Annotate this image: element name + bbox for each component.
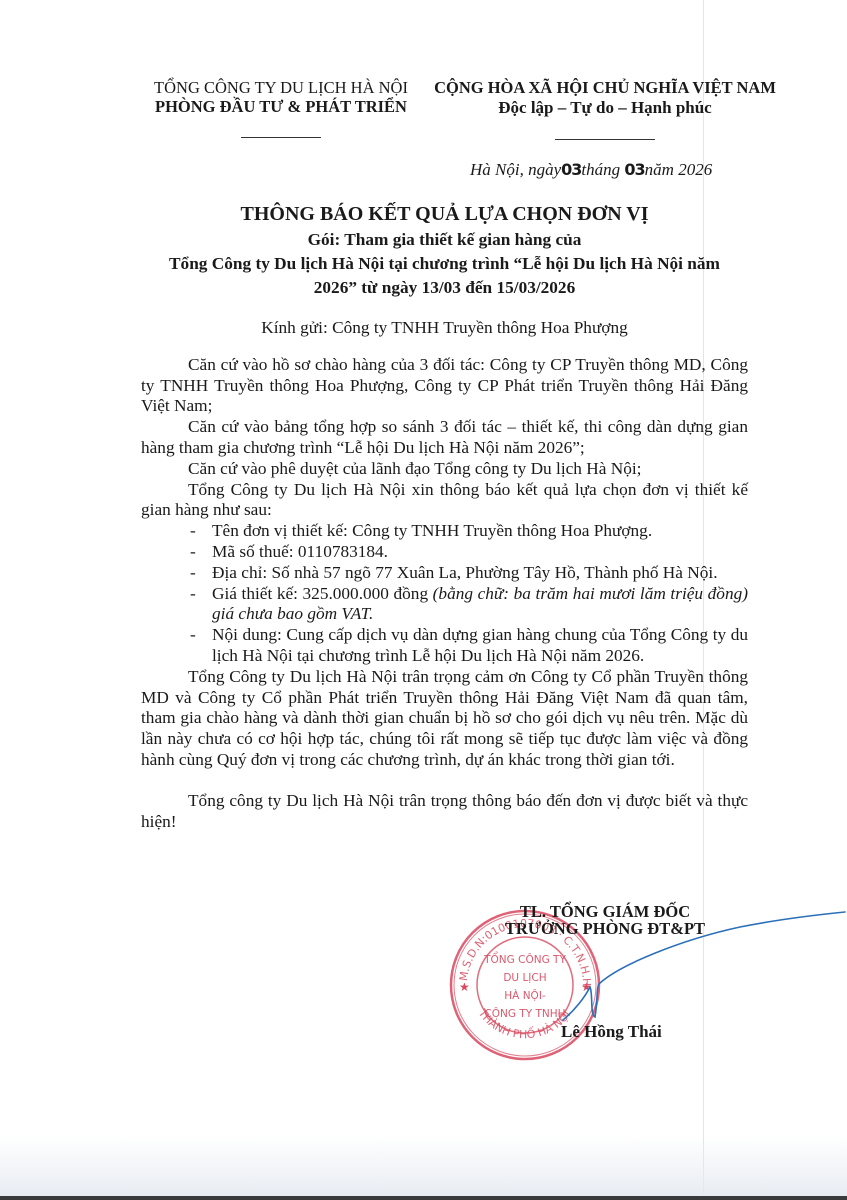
issuer-dept: PHÒNG ĐẦU TƯ & PHÁT TRIỂN: [146, 97, 416, 116]
list-item: -Nội dung: Cung cấp dịch vụ dàn dựng gia…: [141, 625, 748, 667]
bullet-dash: -: [190, 563, 196, 584]
divider: [241, 137, 321, 138]
title-package: Gói: Tham gia thiết kế gian hàng của: [141, 228, 748, 252]
bullet-dash: -: [190, 584, 196, 605]
handwritten-signature-icon: [560, 905, 847, 1025]
divider: [555, 139, 655, 140]
document-page: TỔNG CÔNG TY DU LỊCH HÀ NỘI PHÒNG ĐẦU TƯ…: [0, 0, 847, 1200]
scan-shadow: [0, 1136, 847, 1196]
title-program: Tổng Công ty Du lịch Hà Nội tại chương t…: [141, 252, 748, 276]
issue-date: Hà Nội, ngày03tháng 03năm 2026: [470, 160, 712, 180]
svg-text:TỔNG CÔNG TY: TỔNG CÔNG TY: [483, 951, 566, 966]
list-item: -Địa chỉ: Số nhà 57 ngõ 77 Xuân La, Phườ…: [141, 563, 748, 584]
paragraph: Căn cứ vào bảng tổng hợp so sánh 3 đối t…: [141, 417, 748, 459]
paragraph: Tổng công ty Du lịch Hà Nội trân trọng t…: [141, 791, 748, 833]
issuer-header: TỔNG CÔNG TY DU LỊCH HÀ NỘI PHÒNG ĐẦU TƯ…: [146, 78, 416, 138]
recipient: Kính gửi: Công ty TNHH Truyền thông Hoa …: [141, 318, 748, 339]
national-header: CỘNG HÒA XÃ HỘI CHỦ NGHĨA VIỆT NAM Độc l…: [425, 78, 785, 140]
paragraph: Căn cứ vào phê duyệt của lãnh đạo Tổng c…: [141, 459, 748, 480]
date-day: 03: [561, 160, 581, 179]
svg-text:DU LỊCH: DU LỊCH: [503, 972, 546, 984]
country-name: CỘNG HÒA XÃ HỘI CHỦ NGHĨA VIỆT NAM: [425, 78, 785, 98]
national-motto: Độc lập – Tự do – Hạnh phúc: [425, 98, 785, 118]
bullet-dash: -: [190, 625, 196, 646]
title-dates: 2026” từ ngày 13/03 đến 15/03/2026: [141, 276, 748, 300]
document-body: Kính gửi: Công ty TNHH Truyền thông Hoa …: [141, 318, 748, 832]
item-content: Nội dung: Cung cấp dịch vụ dàn dựng gian…: [212, 625, 748, 665]
scan-edge: [0, 1196, 847, 1200]
selection-details: -Tên đơn vị thiết kế: Công ty TNHH Truyề…: [141, 521, 748, 667]
date-month: 03: [624, 160, 644, 179]
paragraph: Căn cứ vào hồ sơ chào hàng của 3 đối tác…: [141, 355, 748, 417]
list-item: -Giá thiết kế: 325.000.000 đồng (bằng ch…: [141, 584, 748, 626]
title-main: THÔNG BÁO KẾT QUẢ LỰA CHỌN ĐƠN VỊ: [141, 200, 748, 228]
date-prefix: Hà Nội, ngày: [470, 160, 561, 179]
document-title: THÔNG BÁO KẾT QUẢ LỰA CHỌN ĐƠN VỊ Gói: T…: [141, 200, 748, 300]
item-price: Giá thiết kế: 325.000.000 đồng: [212, 584, 433, 603]
date-year-label: năm: [645, 160, 674, 179]
paragraph: Tổng Công ty Du lịch Hà Nội xin thông bá…: [141, 480, 748, 522]
item-address: Địa chỉ: Số nhà 57 ngõ 77 Xuân La, Phườn…: [212, 563, 718, 582]
date-year: 2026: [678, 160, 712, 179]
bullet-dash: -: [190, 542, 196, 563]
item-designer: Tên đơn vị thiết kế: Công ty TNHH Truyền…: [212, 521, 652, 540]
item-tax-code: Mã số thuế: 0110783184.: [212, 542, 388, 561]
date-month-label: tháng: [581, 160, 620, 179]
svg-text:CÔNG TY TNHH: CÔNG TY TNHH: [484, 1007, 565, 1020]
bullet-dash: -: [190, 521, 196, 542]
paragraph: Tổng Công ty Du lịch Hà Nội trân trọng c…: [141, 667, 748, 771]
svg-text:★: ★: [459, 980, 470, 994]
list-item: -Mã số thuế: 0110783184.: [141, 542, 748, 563]
issuer-org: TỔNG CÔNG TY DU LỊCH HÀ NỘI: [146, 78, 416, 97]
svg-text:HÀ NỘI-: HÀ NỘI-: [504, 989, 546, 1002]
list-item: -Tên đơn vị thiết kế: Công ty TNHH Truyề…: [141, 521, 748, 542]
signatory-name: Lê Hồng Thái: [561, 1022, 662, 1042]
